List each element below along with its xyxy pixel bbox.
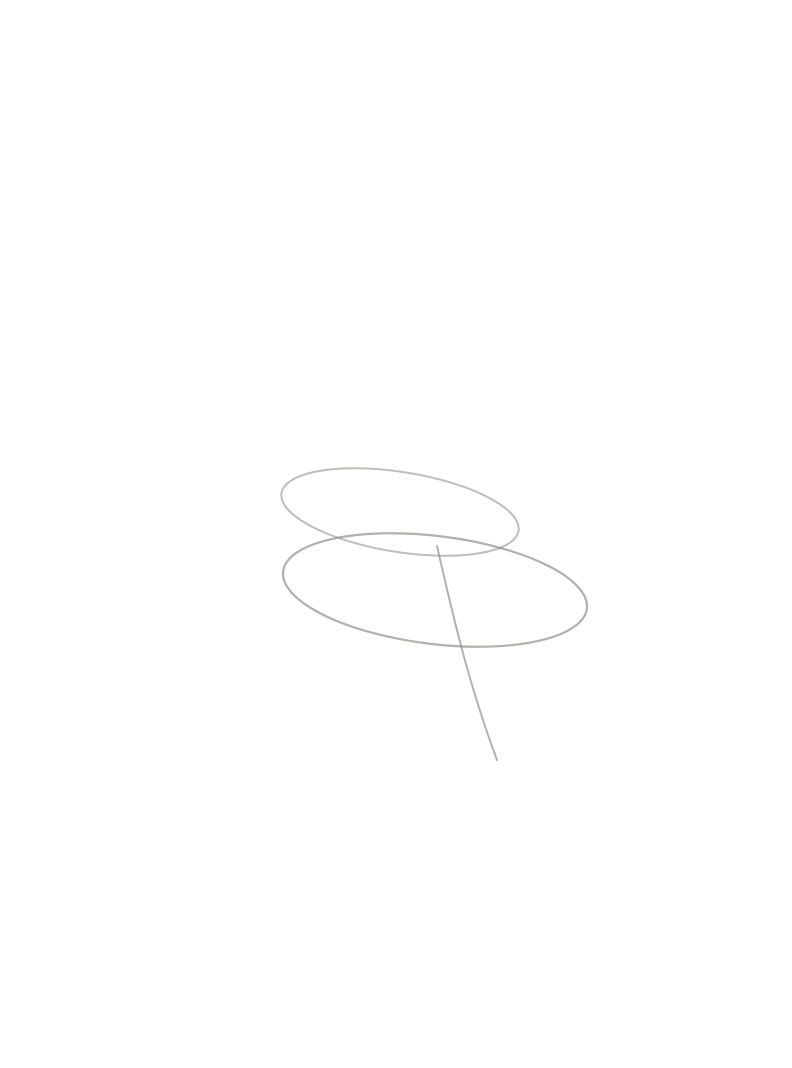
scanned-photo-back: [0, 0, 792, 1068]
pencil-diagonal-stroke: [437, 546, 497, 760]
pencil-ellipse-helena: [277, 518, 594, 662]
pencil-annotation-marks: [275, 454, 593, 760]
pencil-ellipse-makowa: [275, 454, 525, 571]
photo-scan: [0, 0, 792, 1068]
